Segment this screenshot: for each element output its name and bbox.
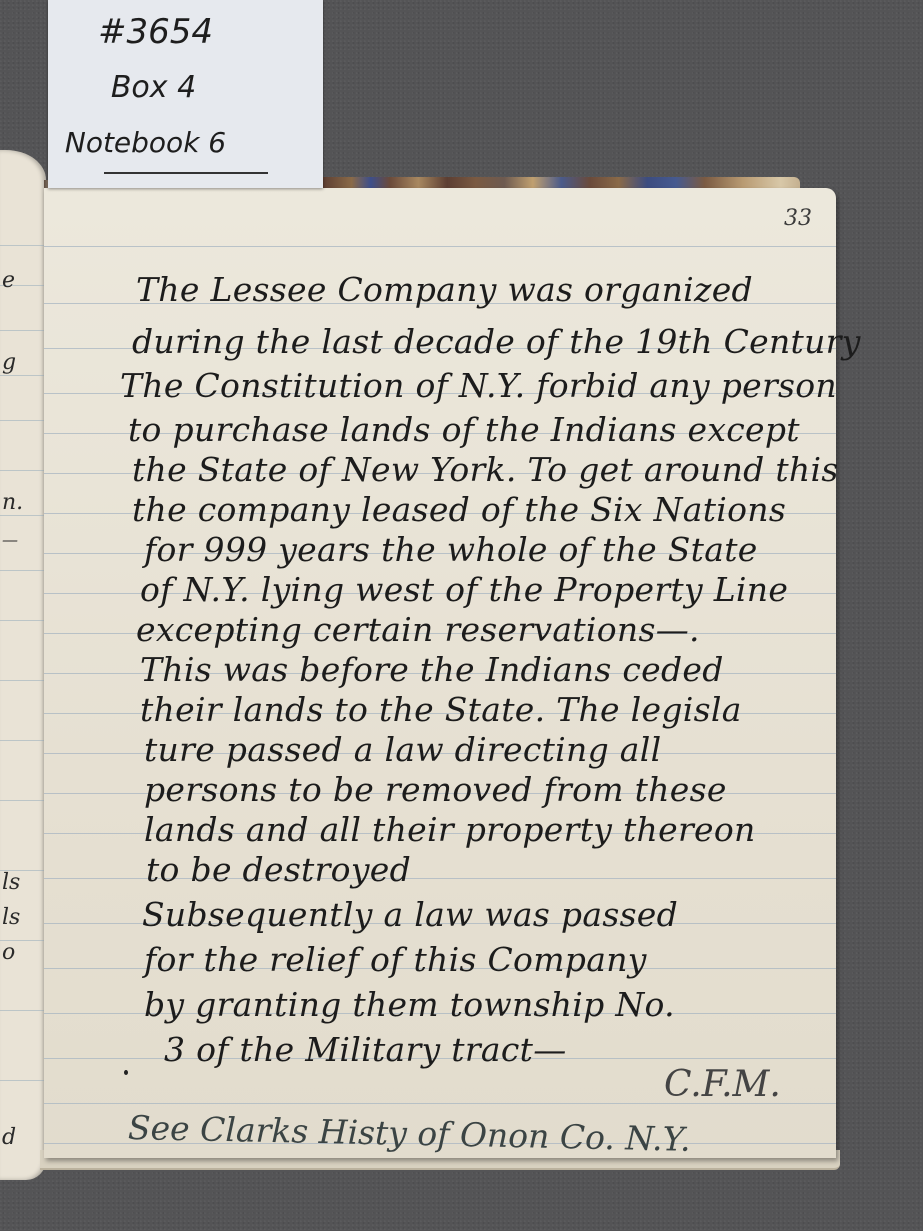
handwritten-line: The Constitution of N.Y. forbid any pers… [120,366,837,405]
left-page-fragment: g [2,350,16,375]
handwritten-line: for 999 years the whole of the State [144,530,758,569]
handwritten-line: ture passed a law directing all [144,730,661,769]
handwritten-line: lands and all their property thereon [144,810,756,849]
archive-label-card: #3654 Box 4 Notebook 6 [48,0,323,188]
ink-dot [124,1070,128,1075]
handwritten-line: 3 of the Military tract— [164,1030,567,1069]
rule-line [0,620,46,621]
handwritten-line: the company leased of the Six Nations [132,490,786,529]
rule-line [0,245,46,246]
left-page-fragment: ls [2,905,20,930]
handwritten-line: excepting certain reservations—. [136,610,700,649]
handwritten-line: during the last decade of the 19th Centu… [132,322,861,361]
rule-line [0,330,46,331]
handwritten-line: their lands to the State. The legisla [140,690,742,729]
rule-line [0,375,46,376]
rule-line [0,420,46,421]
left-page-fragment: ls [2,870,20,895]
handwritten-line: persons to be removed from these [144,770,727,809]
label-underline [104,172,268,174]
handwritten-line: of N.Y. lying west of the Property Line [140,570,788,609]
notebook-page: 33 The Lessee Company was organized duri… [44,188,836,1158]
page-number: 33 [784,206,812,231]
rule-line [0,740,46,741]
source-reference-note: See Clarks Histy of Onon Co. N.Y. [128,1108,691,1159]
rule-line [0,1010,46,1011]
handwritten-line: for the relief of this Company [144,940,647,979]
left-facing-page: e g n. — ls ls o d [0,150,46,1180]
rule-line [0,470,46,471]
left-page-fragment: n. [2,490,23,515]
left-page-fragment: d [2,1125,16,1150]
handwritten-line: the State of New York. To get around thi… [132,450,839,489]
handwritten-line: This was before the Indians ceded [140,650,724,689]
handwritten-line: to purchase lands of the Indians except [128,410,800,449]
notebook-number: Notebook 6 [8,126,283,159]
rule-line [0,800,46,801]
rule-line [0,1080,46,1081]
handwritten-line: by granting them township No. [144,985,675,1024]
rule-line [44,246,836,247]
left-page-fragment: o [2,940,15,965]
author-initials: C.F.M. [664,1064,781,1105]
left-page-fragment: e [2,268,15,293]
handwritten-line: to be destroyed [146,850,411,889]
handwritten-line: The Lessee Company was organized [136,270,753,309]
rule-line [0,515,46,516]
rule-line [0,680,46,681]
left-page-fragment: — [2,530,18,549]
box-number: Box 4 [16,70,291,105]
catalog-number: #3654 [18,12,293,52]
handwritten-line: Subsequently a law was passed [142,895,678,934]
rule-line [0,570,46,571]
